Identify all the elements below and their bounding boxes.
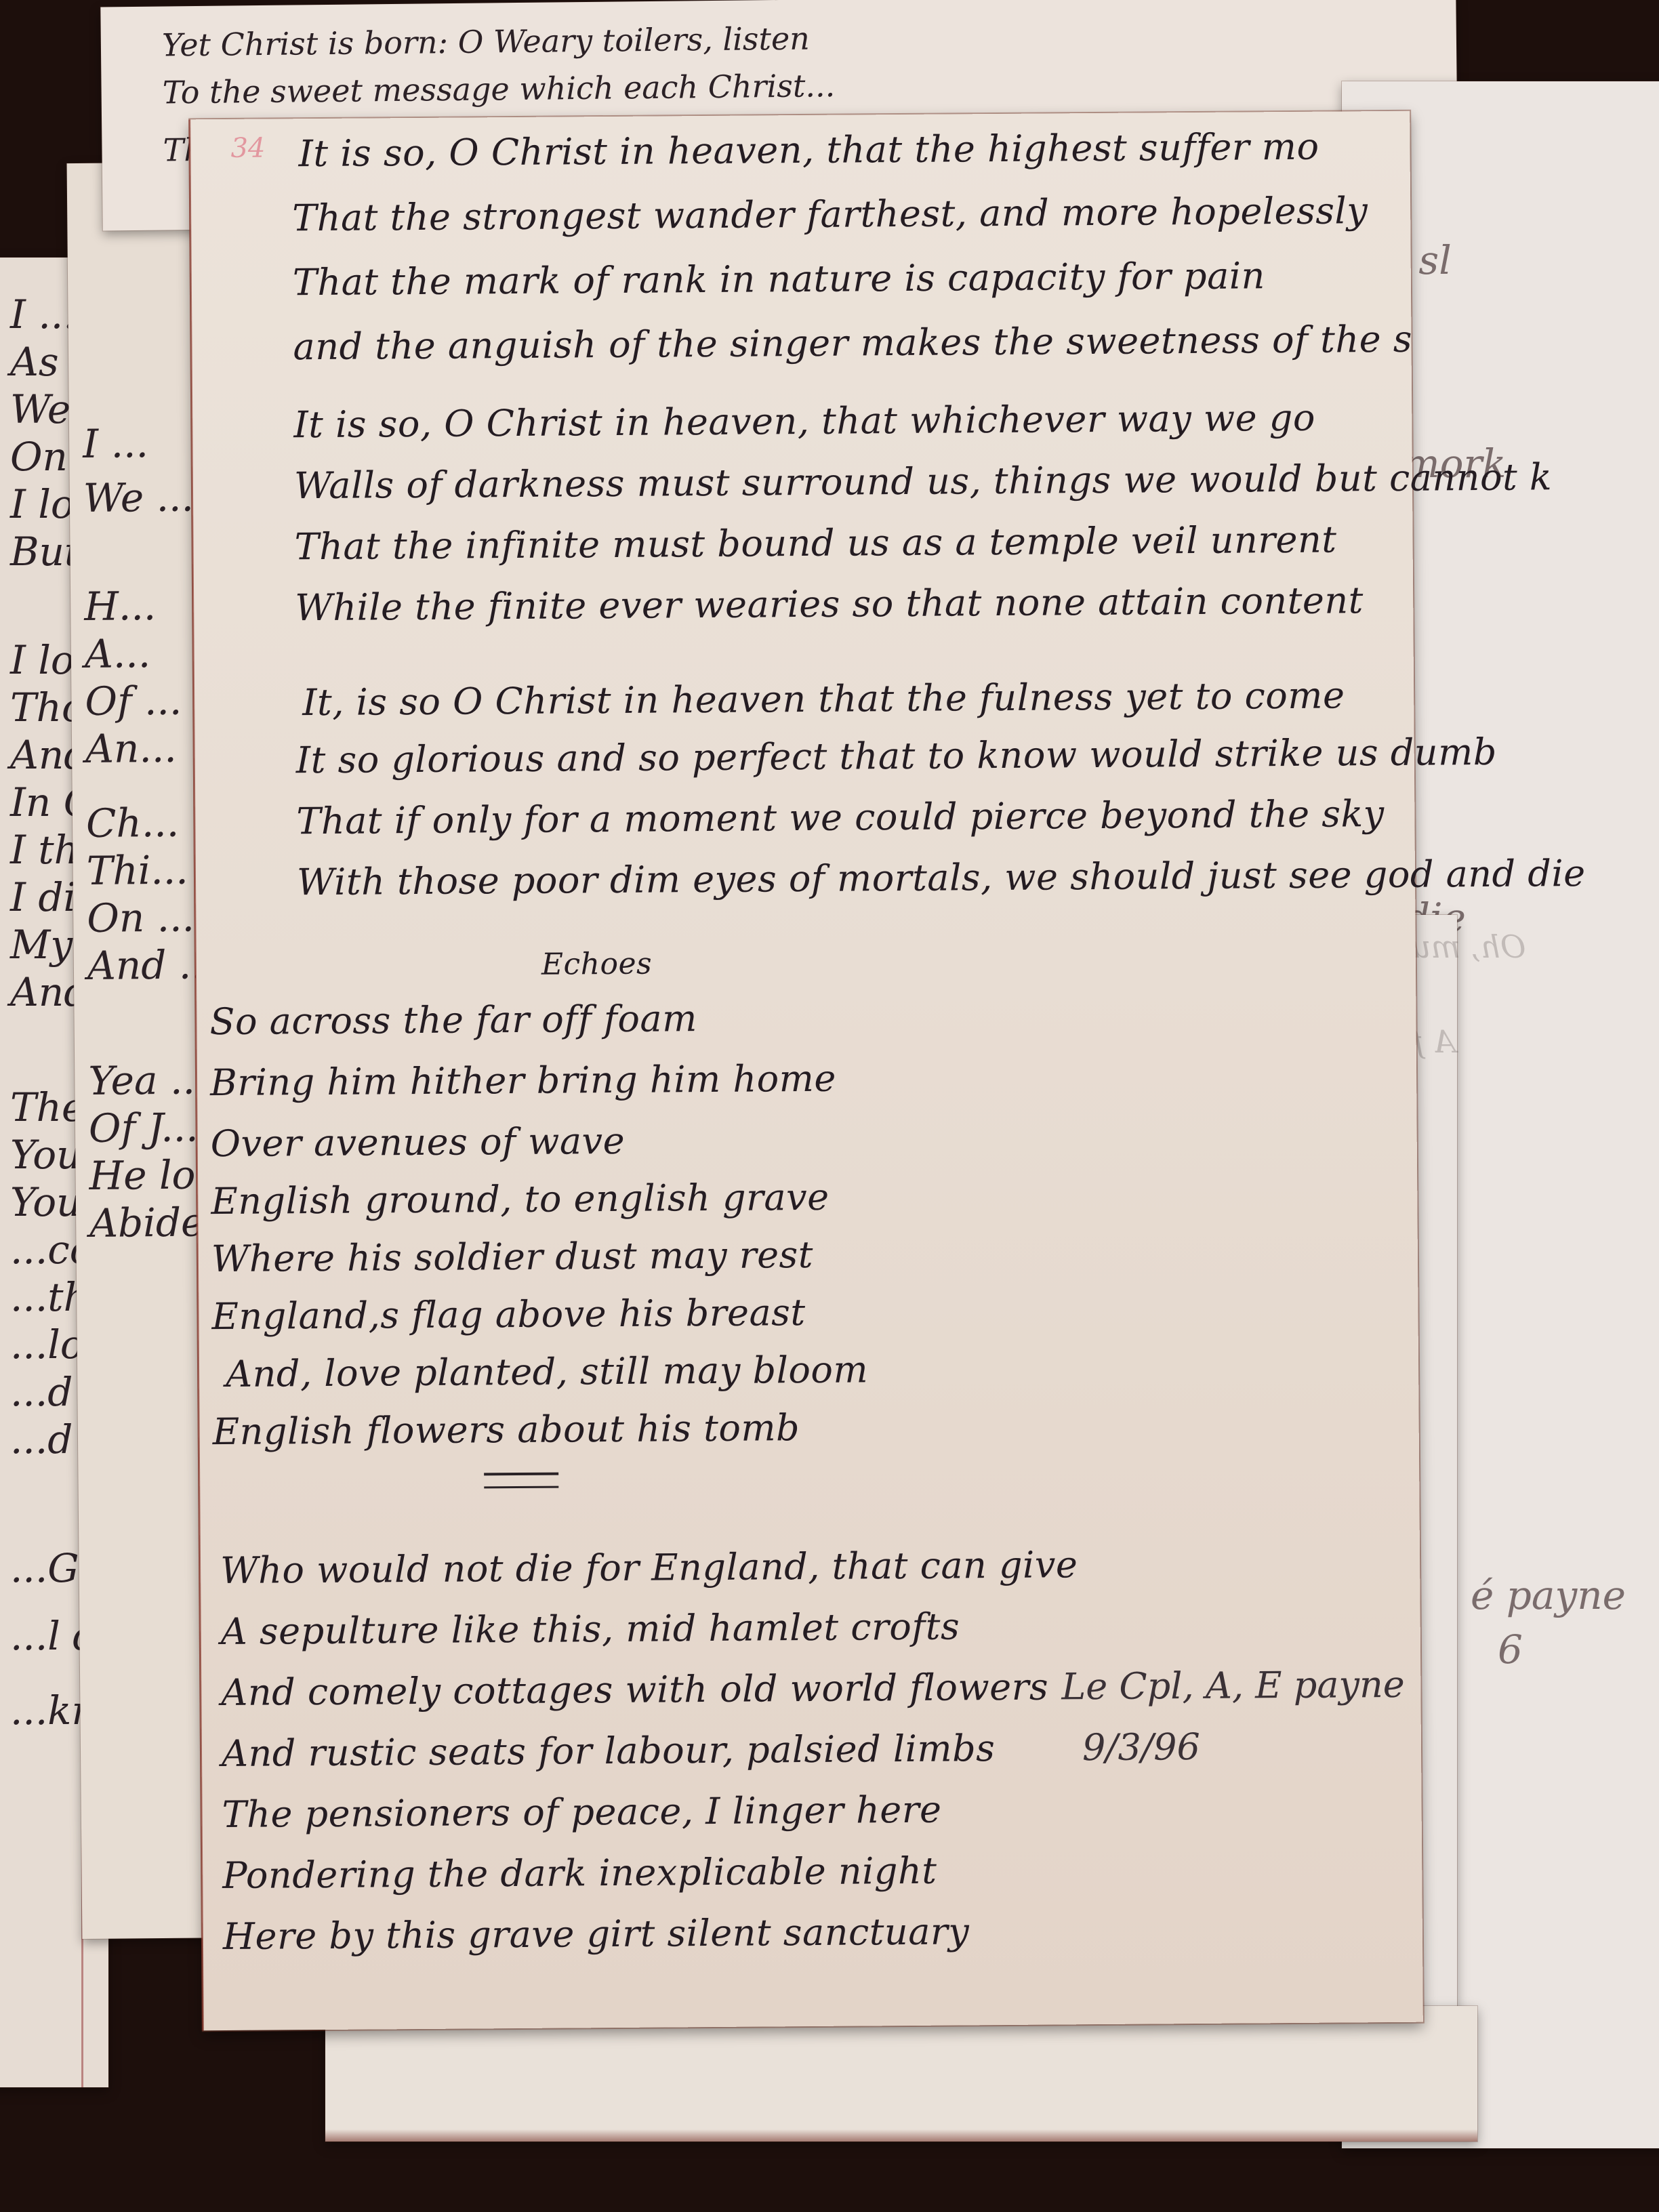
main-manuscript-page: 34 It is so, O Christ in heaven, that th… [190, 111, 1423, 2030]
fragment: An... [85, 725, 177, 772]
poem-line: English ground, to english grave [211, 1176, 829, 1223]
fragment: é payne [1471, 1572, 1626, 1618]
poem-line: Here by this grave girt silent sanctuary [223, 1910, 970, 1958]
fragment: I ... [10, 291, 76, 337]
poem-line: Bring him hither bring him home [210, 1057, 836, 1104]
poem-line: Who would not die for England, that can … [220, 1543, 1078, 1592]
signature-date: 9/3/96 [1082, 1725, 1200, 1769]
poem-line: That the infinite must bound us as a tem… [294, 518, 1336, 569]
fragment: We ... [83, 474, 194, 521]
fragment: Of J... [89, 1105, 199, 1151]
fragment: On ... [87, 895, 194, 941]
poem-line: So across the far off foam [209, 997, 697, 1043]
fragment: Yea ... [88, 1057, 207, 1104]
poem-line: And rustic seats for labour, palsied lim… [222, 1727, 996, 1775]
back-line: Yet Christ is born: O Weary toilers, lis… [162, 20, 810, 64]
poem-line: That the mark of rank in nature is capac… [293, 254, 1265, 304]
fragment: H... [84, 583, 156, 630]
poem-line: That the strongest wander farthest, and … [292, 189, 1368, 239]
poem-line: It is so, O Christ in heaven, that which… [293, 396, 1315, 447]
poem-line: The pensioners of peace, I linger here [222, 1788, 941, 1836]
poem-line: England,s flag above his breast [211, 1291, 805, 1338]
poem-line: and the anguish of the singer makes the … [293, 318, 1412, 369]
fragment: Thi... [86, 847, 188, 894]
poem-line: While the finite ever wearies so that no… [295, 579, 1364, 629]
poem-line: It so glorious and so perfect that to kn… [296, 731, 1498, 781]
fragment: Ch... [86, 800, 180, 846]
poem-line: Walls of darkness must surround us, thin… [294, 455, 1553, 507]
section-divider-flourish [484, 1473, 558, 1489]
fragment: A... [85, 630, 151, 677]
manuscript-photo: I ... As ... We ... On ... I lo... But .… [0, 0, 1659, 2212]
section-title-echoes: Echoes [541, 947, 653, 982]
author-signature: Le Cpl, A, E payne [1061, 1663, 1405, 1708]
poem-line: English flowers about his tomb [212, 1406, 800, 1453]
poem-line: And comely cottages with old world flowe… [221, 1666, 1048, 1715]
page-number: 34 [230, 133, 265, 164]
poem-line: Where his soldier dust may rest [211, 1233, 813, 1280]
poem-line: Pondering the dark inexplicable night [222, 1849, 937, 1897]
poem-line: And, love planted, still may bloom [226, 1348, 868, 1395]
poem-line: Over avenues of wave [211, 1120, 626, 1165]
poem-line: A sepulture like this, mid hamlet crofts [221, 1605, 960, 1653]
poem-line: With those poor dim eyes of mortals, we … [297, 852, 1586, 903]
tear-shadow [325, 2129, 1477, 2142]
back-line: To the sweet message which each Christ..… [162, 67, 835, 110]
poem-line: It is so, O Christ in heaven, that the h… [298, 125, 1319, 176]
fragment: 6 [1498, 1626, 1523, 1673]
fragment: I ... [83, 420, 148, 467]
poem-line: It, is so O Christ in heaven that the fu… [302, 674, 1345, 724]
fragment: Of ... [85, 678, 182, 724]
poem-line: That if only for a moment we could pierc… [296, 792, 1385, 842]
